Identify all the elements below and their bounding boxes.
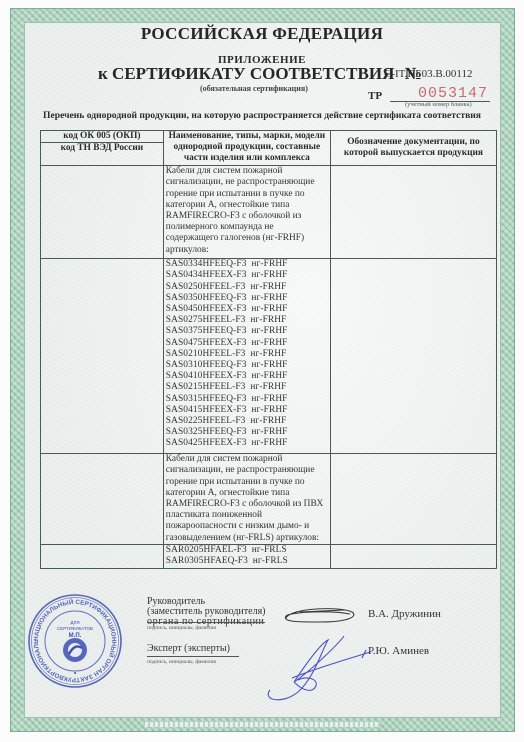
article-item: SAS0334HFEEQ-F3 нг-FRHF <box>166 259 328 270</box>
documentation-cell <box>330 166 496 259</box>
certificate-number: С-IT.ПБ03.В.00112 <box>384 68 473 80</box>
article-item: SAS0275HFEEL-F3 нг-FRHF <box>166 315 328 326</box>
article-item: SAS0425HFEEX-F3 нг-FRHF <box>166 438 328 449</box>
table-row: SAR0205HFAEL-F3 нг-FRLSSAR0305HFAEQ-F3 н… <box>41 545 497 569</box>
expert-signature-caption: подпись, инициалы, фамилия <box>147 659 216 665</box>
okp-cell <box>41 545 164 569</box>
table-header-row: код ОК 005 (ОКП) Наименование, типы, мар… <box>41 131 497 143</box>
article-item: SAS0315HFEEQ-F3 нг-FRHF <box>166 394 328 405</box>
certification-type: (обязательная сертификация) <box>200 84 308 93</box>
article-item: SAS0375HFEEQ-F3 нг-FRHF <box>166 326 328 337</box>
article-item: SAS0350HFEEQ-F3 нг-FRHF <box>166 293 328 304</box>
expert-name: Р.Ю. Аминев <box>368 645 429 657</box>
okp-cell <box>41 166 164 259</box>
country-title: РОССИЙСКАЯ ФЕДЕРАЦИЯ <box>0 24 524 44</box>
article-item: SAS0325HFEEQ-F3 нг-FRHF <box>166 427 328 438</box>
stamp-inner-text: СЕРТИФИКАТОВ <box>57 626 93 631</box>
certificate-title-text: к СЕРТИФИКАТУ СООТВЕТСТВИЯ <box>98 64 394 83</box>
header-product-name: Наименование, типы, марки, модели одноро… <box>163 131 330 166</box>
blank-number-caption: (учетный номер бланка) <box>405 101 472 108</box>
okp-cell <box>41 454 164 545</box>
head-signature-caption: подпись, инициалы, фамилия <box>147 625 216 631</box>
expert-signature-icon <box>262 630 372 710</box>
article-list: SAR0205HFAEL-F3 нг-FRLSSAR0305HFAEQ-F3 н… <box>166 545 328 567</box>
microtext-strip <box>145 722 380 727</box>
documentation-cell <box>330 259 496 454</box>
article-item: SAS0434HFEEX-F3 нг-FRHF <box>166 270 328 281</box>
article-item: SAR0305HFAEQ-F3 нг-FRLS <box>166 556 328 567</box>
blank-number: 0053147 <box>418 85 488 102</box>
article-item: SAS0215HFEEL-F3 нг-FRHF <box>166 382 328 393</box>
article-item: SAS0210HFEEL-F3 нг-FRHF <box>166 349 328 360</box>
okp-cell <box>41 259 164 454</box>
group-1-articles: SAS0334HFEEQ-F3 нг-FRHFSAS0434HFEEX-F3 н… <box>163 259 330 454</box>
article-item: SAS0225HFEEL-F3 нг-FRHF <box>166 416 328 427</box>
head-signature-icon <box>280 604 360 628</box>
expert-title: Эксперт (эксперты) <box>147 644 230 654</box>
table-row: Кабели для систем пожарной сигнализации,… <box>41 454 497 545</box>
product-list-caption: Перечень однородной продукции, на котору… <box>0 110 524 121</box>
header-tn-ved-code: код ТН ВЭД России <box>41 143 164 166</box>
article-item: SAS0415HFEEX-F3 нг-FRHF <box>166 405 328 416</box>
article-item: SAS0410HFEEX-F3 нг-FRHF <box>166 371 328 382</box>
article-item: SAR0205HFAEL-F3 нг-FRLS <box>166 545 328 556</box>
stamp-inner-text: ДЛЯ <box>70 620 79 625</box>
documentation-cell <box>330 545 496 569</box>
table-row: Кабели для систем пожарной сигнализации,… <box>41 166 497 259</box>
article-item: SAS0250HFEEL-F3 нг-FRHF <box>166 282 328 293</box>
article-item: SAS0310HFEEQ-F3 нг-FRHF <box>166 360 328 371</box>
certificate-title: к СЕРТИФИКАТУ СООТВЕТСТВИЯ № <box>98 64 422 84</box>
documentation-cell <box>330 454 496 545</box>
head-name: В.А. Дружинин <box>368 608 441 620</box>
expert-signature-line <box>147 656 239 657</box>
article-list: SAS0334HFEEQ-F3 нг-FRHFSAS0434HFEEX-F3 н… <box>166 259 328 449</box>
table-row: SAS0334HFEEQ-F3 нг-FRHFSAS0434HFEEX-F3 н… <box>41 259 497 454</box>
article-item: SAS0450HFEEX-F3 нг-FRHF <box>166 304 328 315</box>
tp-label: ТР <box>368 90 382 102</box>
products-table: код ОК 005 (ОКП) Наименование, типы, мар… <box>40 130 497 569</box>
header-documentation: Обозначение документации, по которой вып… <box>330 131 496 166</box>
header-okp-code: код ОК 005 (ОКП) <box>41 131 164 143</box>
head-signature-line <box>147 622 265 623</box>
group-1-description: Кабели для систем пожарной сигнализации,… <box>163 166 330 259</box>
article-item: SAS0475HFEEX-F3 нг-FRHF <box>166 338 328 349</box>
seal-stamp-icon: НАЦИОНАЛЬНЫЙ СЕРТИФИКАЦИОННЫЙ ОРГАН ЗАКТ… <box>27 593 123 689</box>
group-2-description: Кабели для систем пожарной сигнализации,… <box>163 454 330 545</box>
group-2-articles: SAR0205HFAEL-F3 нг-FRLSSAR0305HFAEQ-F3 н… <box>163 545 330 569</box>
